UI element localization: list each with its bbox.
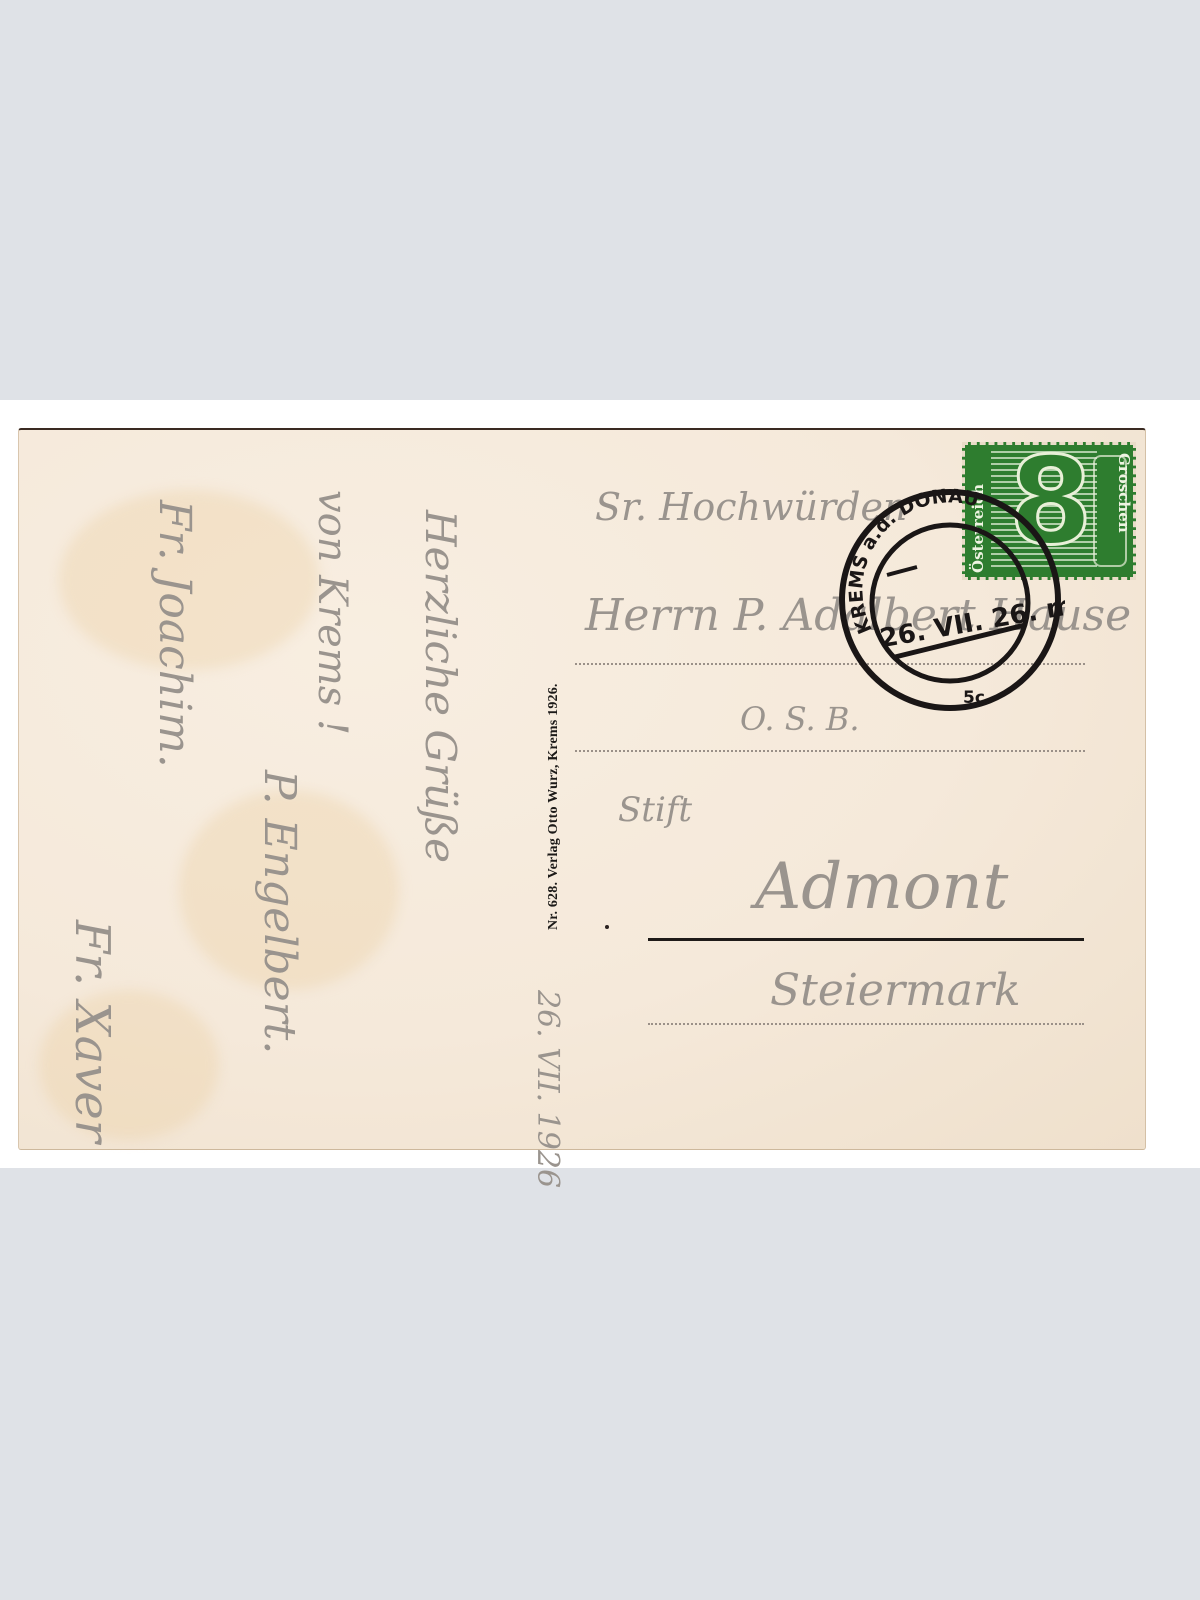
address-line-main bbox=[648, 938, 1084, 941]
message-signature-1: P. Engelbert. bbox=[254, 770, 305, 1054]
postmark-code: 5c bbox=[963, 688, 985, 708]
message-date: 26. VII. 1926 bbox=[530, 990, 565, 1188]
address-town: Admont bbox=[755, 850, 1008, 924]
message-from: von Krems ! bbox=[309, 490, 355, 735]
corner-signature: Fr. Xaver bbox=[64, 920, 120, 1143]
ink-dot bbox=[605, 925, 609, 929]
address-line-3 bbox=[648, 1023, 1084, 1025]
address-region: Steiermark bbox=[770, 965, 1021, 1016]
address-line-2 bbox=[575, 750, 1085, 752]
stamp-unit: Groschen bbox=[1115, 453, 1133, 533]
address-stift: Stift bbox=[618, 790, 692, 830]
publisher-imprint: Nr. 628. Verlag Otto Wurz, Krems 1926. bbox=[546, 683, 562, 930]
postmark-cancel: KREMS a.d. DONAU 26. VII. 26. m. 5c bbox=[835, 485, 1065, 715]
postmark-date: 26. VII. 26. m. bbox=[878, 589, 1065, 654]
message-greeting: Herzliche Grüße bbox=[416, 510, 465, 863]
message-signature-2: Fr. Joachim. bbox=[149, 500, 200, 768]
